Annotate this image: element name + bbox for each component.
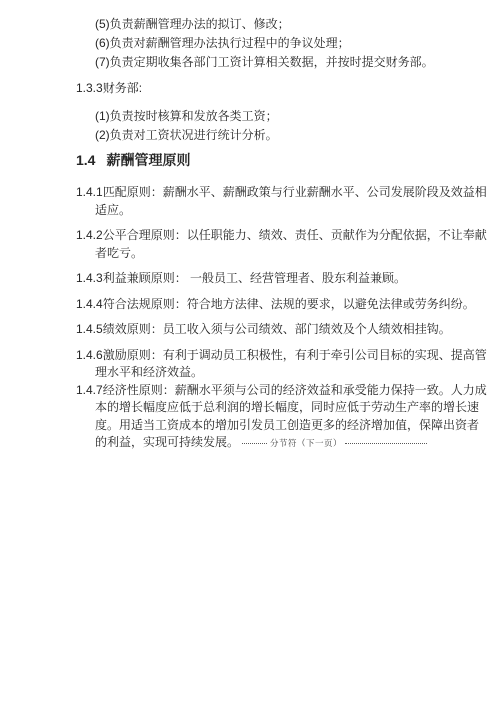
section-break-label: 分节符（下一页）	[267, 438, 345, 448]
paragraph-line: 1.4.6激励原则：有利于调动员工积极性，有利于牵引公司目标的实现、提高管	[76, 347, 440, 365]
section-break-dots-right	[345, 443, 427, 444]
principle-1-4-5: 1.4.5绩效原则：员工收入须与公司绩效、部门绩效及个人绩效相挂钩。	[76, 321, 440, 339]
paragraph-line: 1.4.7经济性原则：薪酬水平须与公司的经济效益和承受能力保持一致。人力成	[76, 382, 440, 400]
paragraph-line: 适应。	[95, 202, 440, 220]
section-heading-1-4: 1.4 薪酬管理原则	[76, 150, 440, 171]
section-break-marker: 分节符（下一页）	[242, 438, 427, 448]
paragraph-line: 本的增长幅度应低于总利润的增长幅度，同时应低于劳动生产率的增长速	[95, 399, 440, 417]
heading-number: 1.4	[76, 150, 95, 171]
paragraph-line: 1.4.1匹配原则：薪酬水平、薪酬政策与行业薪酬水平、公司发展阶段及效益相	[76, 184, 440, 202]
paragraph-line: 1.4.4符合法规原则：符合地方法律、法规的要求，以避免法律或劳务纠纷。	[76, 296, 440, 314]
paragraph-line: 1.4.5绩效原则：员工收入须与公司绩效、部门绩效及个人绩效相挂钩。	[76, 321, 440, 339]
paragraph-last-line: 的利益，实现可持续发展。 分节符（下一页）	[95, 434, 440, 452]
paragraph-line-text: 的利益，实现可持续发展。	[95, 434, 239, 452]
principle-1-4-7: 1.4.7经济性原则：薪酬水平须与公司的经济效益和承受能力保持一致。人力成 本的…	[76, 382, 440, 452]
paragraph-line: 者吃亏。	[95, 245, 440, 263]
paragraph-line: 1.4.3利益兼顾原则： 一般员工、经营管理者、股东利益兼顾。	[76, 270, 440, 288]
principle-1-4-2: 1.4.2公平合理原则：以任职能力、绩效、责任、贡献作为分配依据，不让奉献 者吃…	[76, 227, 440, 262]
principle-1-4-1: 1.4.1匹配原则：薪酬水平、薪酬政策与行业薪酬水平、公司发展阶段及效益相 适应…	[76, 184, 440, 219]
list-item-1: (1)负责按时核算和发放各类工资；	[95, 107, 440, 126]
duty-list-continued: (5)负责薪酬管理办法的拟订、修改； (6)负责对薪酬管理办法执行过程中的争议处…	[76, 15, 440, 72]
heading-title: 薪酬管理原则	[106, 150, 190, 171]
paragraph-line: 度。用适当工资成本的增加引发员工创造更多的经济增加值，保障出资者	[95, 417, 440, 435]
list-item-6: (6)负责对薪酬管理办法执行过程中的争议处理；	[95, 34, 440, 53]
list-item-5: (5)负责薪酬管理办法的拟订、修改；	[95, 15, 440, 34]
finance-duty-list: (1)负责按时核算和发放各类工资； (2)负责对工资状况进行统计分析。	[76, 107, 440, 145]
section-heading-1-3-3: 1.3.3财务部:	[76, 79, 440, 98]
document-page: (5)负责薪酬管理办法的拟订、修改； (6)负责对薪酬管理办法执行过程中的争议处…	[0, 0, 500, 706]
principle-1-4-6: 1.4.6激励原则：有利于调动员工积极性，有利于牵引公司目标的实现、提高管 理水…	[76, 347, 440, 382]
principle-1-4-3: 1.4.3利益兼顾原则： 一般员工、经营管理者、股东利益兼顾。	[76, 270, 440, 288]
section-break-dots-left	[242, 443, 267, 444]
list-item-2: (2)负责对工资状况进行统计分析。	[95, 126, 440, 145]
paragraph-line: 1.4.2公平合理原则：以任职能力、绩效、责任、贡献作为分配依据，不让奉献	[76, 227, 440, 245]
document-content: (5)负责薪酬管理办法的拟订、修改； (6)负责对薪酬管理办法执行过程中的争议处…	[0, 0, 500, 452]
paragraph-line: 理水平和经济效益。	[95, 364, 440, 382]
principle-1-4-4: 1.4.4符合法规原则：符合地方法律、法规的要求，以避免法律或劳务纠纷。	[76, 296, 440, 314]
list-item-7: (7)负责定期收集各部门工资计算相关数据，并按时提交财务部。	[95, 53, 440, 72]
